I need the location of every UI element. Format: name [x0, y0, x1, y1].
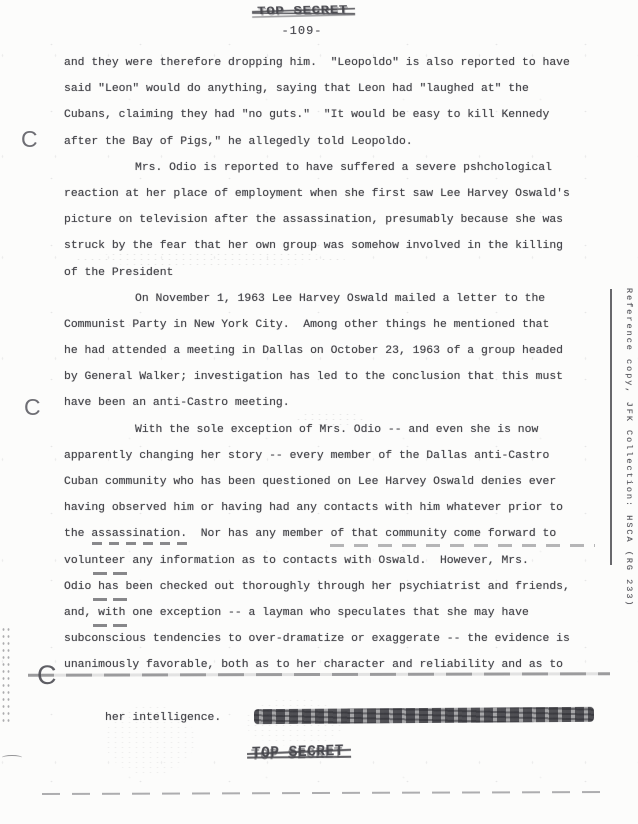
scan-artifact-dashes — [92, 542, 187, 545]
text-line: apparently changing her story -- every m… — [64, 443, 594, 469]
scan-smudge — [105, 705, 195, 775]
scan-smudge — [245, 698, 345, 746]
scan-artifact-mark — [2, 755, 22, 760]
text-line: reaction at her place of employment when… — [64, 181, 594, 207]
text-line: having observed him or having had any co… — [64, 495, 594, 521]
scan-artifact-dashes — [93, 624, 129, 627]
text-line: volunteer any information as to contacts… — [64, 548, 594, 574]
text-line: Communist Party in New York City. Among … — [64, 312, 594, 338]
text-line: subconscious tendencies to over-dramatiz… — [64, 626, 594, 652]
scan-artifact-line — [42, 791, 608, 795]
scan-artifact-dashes — [93, 572, 129, 575]
text-line: her intelligence. — [64, 679, 594, 705]
margin-annotation-c: C — [21, 126, 38, 153]
text-line: picture on television after the assassin… — [64, 207, 594, 233]
top-secret-stamp-bottom: TOP SECRET — [252, 743, 344, 762]
scan-smudge — [295, 412, 365, 426]
scan-smudge — [75, 252, 345, 266]
text-line: On November 1, 1963 Lee Harvey Oswald ma… — [64, 286, 594, 312]
strikethrough-mark — [247, 755, 351, 757]
reference-copy-note: Reference copy, JFK Collection: HSCA (RG… — [612, 288, 634, 658]
text-line: Cuban community who has been questioned … — [64, 469, 594, 495]
margin-annotation-c: C — [24, 394, 41, 421]
text-line: by General Walker; investigation has led… — [64, 364, 594, 390]
scanned-document-page: TOP SECRET -109- and they were therefore… — [0, 0, 638, 824]
text-line: he had attended a meeting in Dallas on O… — [64, 338, 594, 364]
document-body: and they were therefore dropping him. "L… — [64, 50, 594, 705]
text-line: after the Bay of Pigs," he allegedly tol… — [64, 129, 594, 155]
text-line: and they were therefore dropping him. "L… — [64, 50, 594, 76]
text-line: Cubans, claiming they had "no guts." "It… — [64, 102, 594, 128]
text-line: and, with one exception -- a layman who … — [64, 600, 594, 626]
text-line: Odio has been checked out thoroughly thr… — [64, 574, 594, 600]
scan-noise — [1, 626, 10, 724]
scan-artifact-dashes — [330, 544, 595, 547]
text-line: Mrs. Odio is reported to have suffered a… — [64, 155, 594, 181]
top-secret-stamp-top: TOP SECRET — [257, 4, 348, 19]
text-line: said "Leon" would do anything, saying th… — [64, 76, 594, 102]
page-number: -109- — [262, 24, 342, 38]
scan-artifact-dashes — [93, 598, 129, 601]
